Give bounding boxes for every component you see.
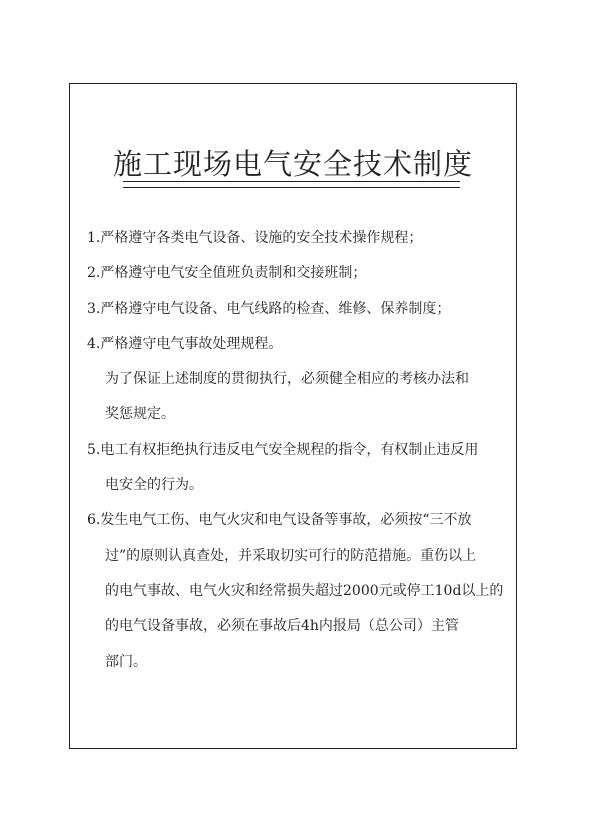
document-title: 施工现场电气安全技术制度 bbox=[70, 142, 516, 183]
text-line: 奖惩规定。 bbox=[87, 397, 516, 432]
text-line: 部门。 bbox=[87, 645, 516, 680]
text-line: 1.严格遵守各类电气设备、设施的安全技术操作规程； bbox=[87, 221, 516, 256]
text-line: 2.严格遵守电气安全值班负责制和交接班制； bbox=[87, 256, 516, 291]
document-frame: 施工现场电气安全技术制度 1.严格遵守各类电气设备、设施的安全技术操作规程； 2… bbox=[69, 83, 517, 749]
text-line: 6.发生电气工伤、电气火灾和电气设备等事故，必须按“三不放 bbox=[87, 503, 516, 538]
document-body: 1.严格遵守各类电气设备、设施的安全技术操作规程； 2.严格遵守电气安全值班负责… bbox=[87, 221, 516, 680]
text-line: 过”的原则认真查处，并采取切实可行的防范措施。重伤以上 bbox=[87, 539, 516, 574]
title-underline-top bbox=[123, 181, 460, 182]
text-line: 5.电工有权拒绝执行违反电气安全规程的指令，有权制止违反用 bbox=[87, 433, 516, 468]
text-line: 4.严格遵守电气事故处理规程。 bbox=[87, 327, 516, 362]
text-line: 电安全的行为。 bbox=[87, 468, 516, 503]
text-line: 3.严格遵守电气设备、电气线路的检查、维修、保养制度； bbox=[87, 292, 516, 327]
text-line: 为了保证上述制度的贯彻执行，必须健全相应的考核办法和 bbox=[87, 362, 516, 397]
text-line: 的电气事故、电气火灾和经常损失超过2000元或停工10d以上的 bbox=[87, 574, 516, 609]
title-underline-bottom bbox=[123, 187, 460, 188]
text-line: 的电气设备事故，必须在事故后4h内报局（总公司）主管 bbox=[87, 609, 516, 644]
